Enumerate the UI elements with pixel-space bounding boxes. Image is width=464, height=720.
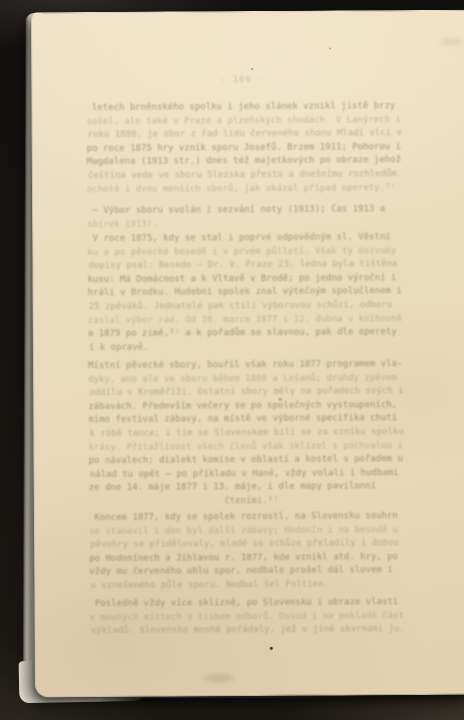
foxing-spot <box>278 398 282 401</box>
showthrough-line: čteními.²⁾ <box>89 494 405 510</box>
showthrough-paragraph: Místní pěvecké sbory, bouřil však roku 1… <box>88 358 405 509</box>
showthrough-paragraph: Koncem 1877, kdy se spolek rozrostl, na … <box>89 510 405 593</box>
page-sheet: - 166 - letech brněnského spolku i jeho … <box>31 10 464 698</box>
page-number-smudge: - 166 - <box>86 74 398 86</box>
showthrough-line: roku 1880, je sbor z řad lidu červeného … <box>88 127 403 143</box>
showthrough-line: zaslal výbor rád. Od 28. marce 1877 i 12… <box>88 313 404 329</box>
showthrough-line: krásy. Přitažlivost všech členů však skl… <box>89 440 405 456</box>
showthrough-line: pěvohry se přidělovaly, mladé se schůze … <box>90 537 405 553</box>
showthrough-line: sbírek 1913). <box>87 217 403 233</box>
showthrough-paragraph: V roce 1875, kdy se stal i poprvé odpově… <box>87 231 404 355</box>
paper-speck <box>251 68 253 70</box>
showthrough-paragraph: Posledně vždy více sklizně, po Slovensku… <box>89 596 405 639</box>
showthrough-paragraph: letech brněnského spolku i jeho slánek v… <box>86 100 403 197</box>
showthrough-line: oddílu v Kroměříži. Ostatní sbory měly n… <box>89 385 405 401</box>
showthrough-line: ochotě i dvou menších sborů, jak ukázal … <box>87 182 403 198</box>
showthrough-paragraph: — Výbor sboru svolán i sezvání noty (191… <box>87 203 403 232</box>
showthrough-line: nálad tu opět — po příkladu v Hané, vždy… <box>90 467 405 483</box>
showthrough-line: í k opravě. <box>89 340 404 356</box>
showthrough-line: u vznešeného půle sporu. Nedbal šel Folt… <box>90 578 405 594</box>
paper-speck <box>329 48 331 50</box>
showthrough-line: výkladů. Slovensko mnohé pořádaly, jež v… <box>91 623 406 639</box>
ink-dot <box>270 647 273 650</box>
showthrough-line: dopisy psal: Besedo — Dr. V. Praze 23. l… <box>88 258 404 274</box>
showthrough-text-layer: - 166 - letech brněnského spolku i jeho … <box>32 11 464 697</box>
book-page-photo: - 166 - letech brněnského spolku i jeho … <box>0 0 464 720</box>
